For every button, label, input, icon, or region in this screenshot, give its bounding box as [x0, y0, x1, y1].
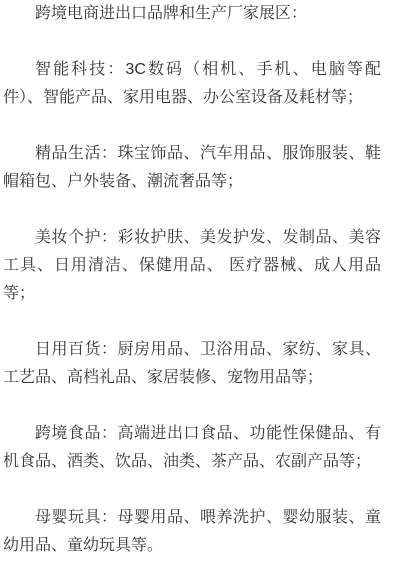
- article-heading: 跨境电商进出口品牌和生产厂家展区：: [3, 0, 381, 28]
- section-crossborder-food: 跨境食品：高端进出口食品、功能性保健品、有机食品、酒类、饮品、油类、茶产品、农副…: [3, 420, 381, 476]
- page: { "page": { "background": "#ffffff", "te…: [0, 0, 394, 565]
- section-daily-goods: 日用百货：厨房用品、卫浴用品、家纺、家具、工艺品、高档礼品、家居装修、宠物用品等…: [3, 336, 381, 392]
- section-mother-baby-toys: 母婴玩具：母婴用品、喂养洗护、婴幼服装、童幼用品、童幼玩具等。: [3, 504, 381, 560]
- section-smart-tech: 智能科技：3C数码（相机、手机、电脑等配件）、智能产品、家用电器、办公室设备及耗…: [3, 56, 381, 112]
- section-beauty-personal-care: 美妆个护：彩妆护肤、美发护发、发制品、美容工具、日用清洁、保健用品、 医疗器械、…: [3, 224, 381, 308]
- exhibition-zones-article: 跨境电商进出口品牌和生产厂家展区： 智能科技：3C数码（相机、手机、电脑等配件）…: [0, 0, 394, 560]
- section-premium-life: 精品生活：珠宝饰品、汽车用品、服饰服装、鞋帽箱包、户外装备、潮流奢品等；: [3, 140, 381, 196]
